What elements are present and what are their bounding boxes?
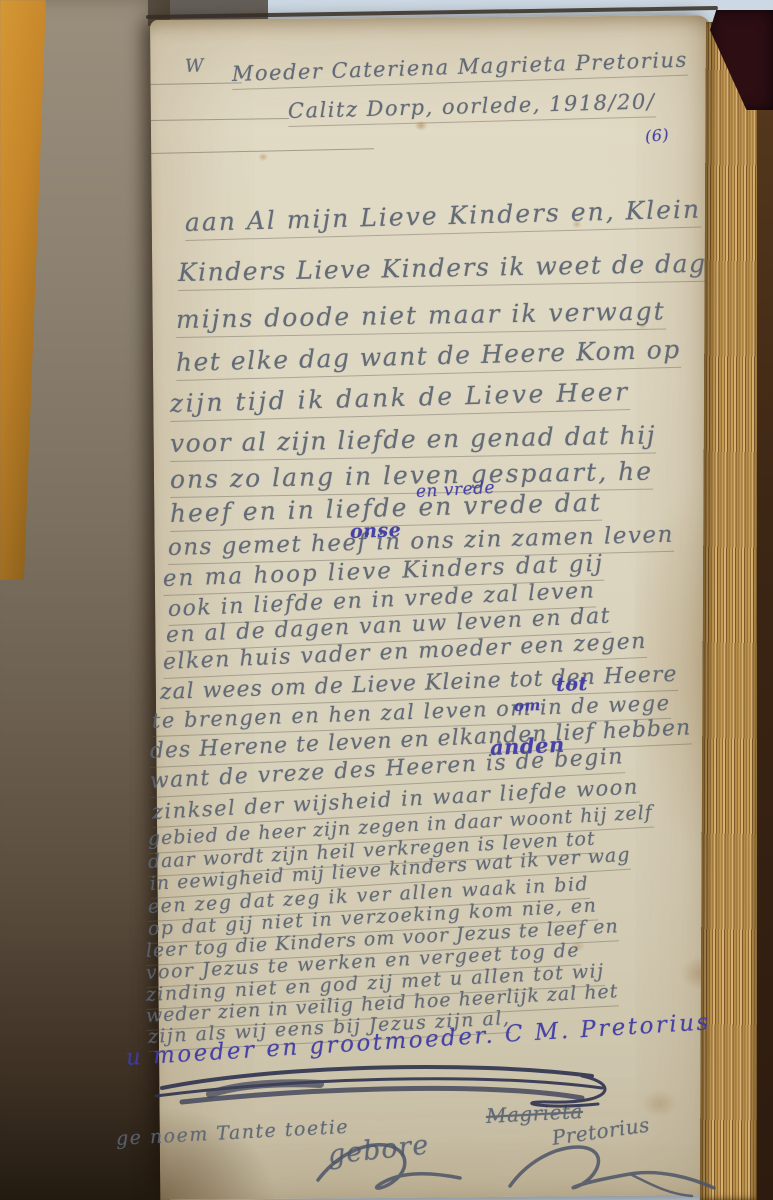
manuscript-line: voor al zijn liefde en genad dat hij xyxy=(170,421,657,462)
manuscript-text-layer: WMoeder Cateriena Magrieta PretoriusCali… xyxy=(0,0,773,1200)
manuscript-line: (6) xyxy=(644,125,670,146)
manuscript-line: om xyxy=(514,696,542,715)
manuscript-line: onse xyxy=(350,519,402,543)
photo-of-manuscript-book: WMoeder Cateriena Magrieta PretoriusCali… xyxy=(0,0,773,1200)
signature-flourish xyxy=(300,1128,730,1200)
manuscript-line: zijn tijd ik dank de Lieve Heer xyxy=(170,377,630,422)
manuscript-line: het elke dag want de Heere Kom op xyxy=(176,335,682,381)
scribble-strikeout xyxy=(150,1058,620,1120)
manuscript-line: tot xyxy=(556,673,588,696)
manuscript-line: en vrede xyxy=(415,478,495,502)
manuscript-line: Kinders Lieve Kinders ik weet de dag xyxy=(178,249,707,291)
manuscript-line: Moeder Cateriena Magrieta Pretorius xyxy=(232,48,689,90)
manuscript-line: Calitz Dorp, oorlede, 1918/20/ xyxy=(288,89,656,127)
manuscript-line: mijns doode niet maar ik verwagt xyxy=(176,296,666,338)
manuscript-line: aan Al mijn Lieve Kinders en, Klein xyxy=(185,194,702,241)
manuscript-line: W xyxy=(185,55,205,77)
